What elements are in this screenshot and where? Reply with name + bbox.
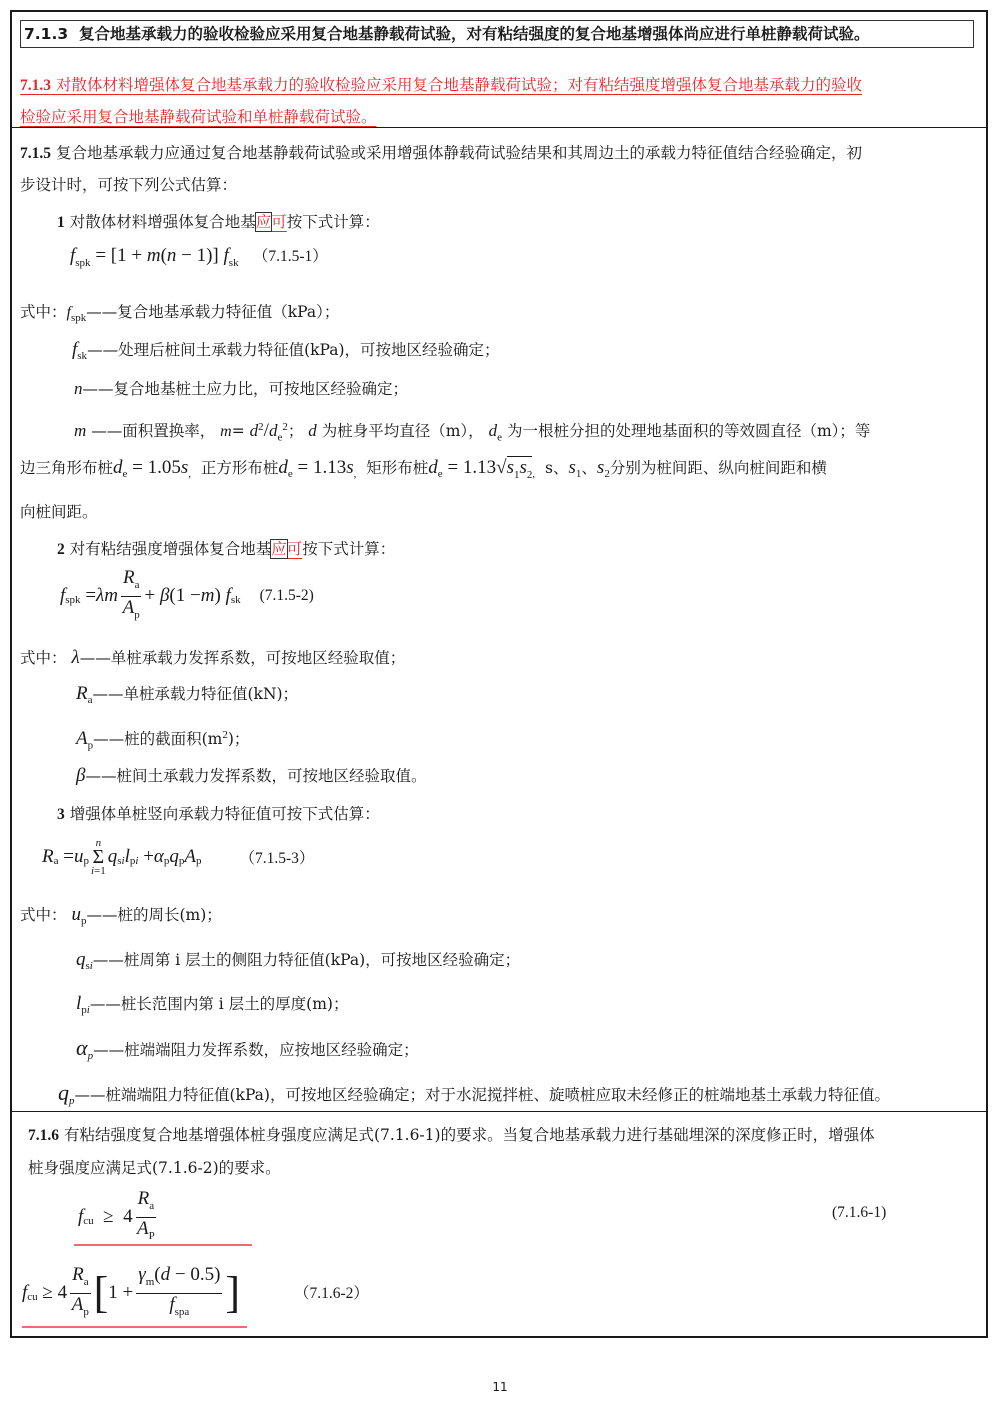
item3-number: 3 (57, 806, 65, 823)
inserted-mark: 可 (271, 213, 287, 231)
where2-Ap: Ap——桩的截面积(m2)； (76, 725, 249, 755)
de-desc: 为一根桩分担的处理地基面积的等效圆直径（m）；等 (507, 422, 870, 440)
where2-beta: β——桩间土承载力发挥系数，可按地区经验取值。 (76, 766, 426, 786)
clause-715-text1: 复合地基承载力应通过复合地基静载荷试验或采用增强体静载荷试验结果和其周边土的承载… (56, 144, 862, 162)
clause-713-revised-line2: 检验应采用复合地基静载荷试验和单桩静载荷试验。 (20, 107, 377, 127)
lpi-desc: ——桩长范围内第 i 层土的厚度(m)； (90, 995, 349, 1013)
formula-7-1-5-3: Ra = up nΣi=1 qsilpi + αpqpAp （7.1.5-3） (42, 838, 314, 876)
s-label: s、 (545, 459, 568, 477)
row-divider-1 (12, 126, 986, 128)
row-divider-2 (12, 1110, 986, 1112)
deleted-mark: 应 (271, 540, 287, 558)
clause-716-line2: 桩身强度应满足式(7.1.6-2)的要求。 (28, 1158, 281, 1178)
item2-text-after: 按下式计算： (302, 540, 395, 558)
clause-715-line1: 7.1.5 复合地基承载力应通过复合地基静载荷试验或采用增强体静载荷试验结果和其… (20, 143, 862, 164)
clause-716-line1: 7.1.6 有粘结强度复合地基增强体桩身强度应满足式(7.1.6-1)的要求。当… (28, 1125, 875, 1146)
clause-713-revised-text1: 对散体材料增强体复合地基承载力的验收检验应采用复合地基静载荷试验；对有粘结强度增… (56, 76, 862, 94)
rect-value: = 1.13 (447, 457, 496, 478)
item1-number: 1 (57, 214, 65, 231)
qsi-desc: ——桩周第 i 层土的侧阻力特征值(kPa)，可按地区经验确定； (93, 951, 520, 969)
formula-number: (7.1.5-2) (260, 587, 314, 605)
where2-Ra: Ra——单桩承载力特征值(kN)； (76, 684, 298, 710)
fsk-desc: ——处理后桩间土承载力特征值(kPa)，可按地区经验确定； (87, 341, 499, 359)
where1-m: m ——面积置换率， m= d2/de2； d 为桩身平均直径（m）， de 为… (74, 417, 870, 447)
m-desc: ——面积置换率， (91, 422, 215, 440)
Ra-desc: ——单桩承载力特征值(kN)； (93, 685, 299, 703)
formula-7-1-6-1: fcu ≥ 4 RaAP (78, 1188, 159, 1247)
where-prefix: 式中： (20, 303, 67, 321)
square-layout: 正方形布桩 (201, 459, 279, 477)
Ap-desc-tail: )； (228, 730, 250, 748)
where3-qp: qp——桩端端阻力特征值(kPa)，可按地区经验确定；对于水泥搅拌桩、旋喷桩应取… (58, 1083, 890, 1111)
d-desc: 为桩身平均直径（m）， (322, 422, 484, 440)
page-number: 11 (0, 1380, 1000, 1394)
item3-heading: 3 增强体单桩竖向承载力特征值可按下式估算： (57, 804, 380, 825)
item3-text: 增强体单桩竖向承载力特征值可按下式估算： (70, 805, 380, 823)
clause-716-number: 7.1.6 (28, 1127, 59, 1144)
square-value: = 1.13 (298, 457, 347, 478)
where1-fsk: fsk——处理后桩间土承载力特征值(kPa)，可按地区经验确定； (72, 340, 500, 366)
formula-number: （7.1.5-1） (253, 248, 328, 265)
triangular-value: = 1.05 (132, 457, 181, 478)
fspk-desc: ——复合地基承载力特征值（kPa）； (86, 303, 339, 321)
where1-fspk: 式中：fspk——复合地基承载力特征值（kPa）； (20, 302, 339, 328)
up-desc: ——桩的周长(m)； (86, 906, 221, 924)
formula-7-1-6-2: fcu ≥ 4 RaAp [ 1 + γm(d − 0.5)fspa ] (22, 1264, 240, 1323)
qp-desc: ——桩端端阻力特征值(kPa)，可按地区经验确定；对于水泥搅拌桩、旋喷桩应取未经… (75, 1086, 890, 1104)
lambda-desc: ——单桩承载力发挥系数，可按地区经验取值； (80, 649, 406, 667)
where3-lpi: lpi——桩长范围内第 i 层土的厚度(m)； (76, 994, 348, 1020)
clause-715-number: 7.1.5 (20, 145, 51, 162)
alpha-desc: ——桩端端阻力发挥系数，应按地区经验确定； (93, 1041, 419, 1059)
item1-text-before: 对散体材料增强体复合地基 (70, 213, 256, 231)
Ap-desc: ——桩的截面积(m (93, 730, 222, 748)
clause-713-revised-number: 7.1.3 (20, 77, 51, 94)
item1-heading: 1 对散体材料增强体复合地基应可按下式计算： (57, 212, 380, 233)
formula-7-1-6-2-number: （7.1.6-2） (294, 1281, 369, 1303)
formula-7-1-6-1-number: (7.1.6-1) (832, 1204, 886, 1222)
beta-desc: ——桩间土承载力发挥系数，可按地区经验取值。 (85, 767, 426, 785)
n-desc: ——复合地基桩土应力比，可按地区经验确定； (83, 380, 409, 398)
where1-de-line2: 边三角形布桩de = 1.05s, 正方形布桩de = 1.13s, 矩形布桩d… (20, 458, 827, 485)
where3-alpha: αp——桩端端阻力发挥系数，应按地区经验确定； (76, 1038, 419, 1066)
where3-up: 式中： up——桩的周长(m)； (20, 905, 222, 931)
clause-716-text1: 有粘结强度复合地基增强体桩身强度应满足式(7.1.6-1)的要求。当复合地基承载… (64, 1126, 875, 1144)
item2-heading: 2 对有粘结强度增强体复合地基应可按下式计算： (57, 539, 395, 560)
where1-line3: 向桩间距。 (20, 502, 98, 522)
where3-qsi: qsi——桩周第 i 层土的侧阻力特征值(kPa)，可按地区经验确定； (76, 950, 520, 976)
item2-number: 2 (57, 541, 65, 558)
rect-layout: 矩形布桩 (366, 459, 428, 477)
formula-7-1-5-2: fspk = λm RaAp + β(1 − m) fsk (7.1.5-2) (60, 567, 314, 626)
deleted-mark: 应 (256, 213, 272, 231)
item1-text-after: 按下式计算： (287, 213, 380, 231)
clause-713-original-number: 7.1.3 (24, 25, 68, 43)
clause-713-original: 7.1.3 复合地基承载力的验收检验应采用复合地基静载荷试验，对有粘结强度的复合… (20, 20, 974, 48)
where2-lambda: 式中： λ——单桩承载力发挥系数，可按地区经验取值； (20, 648, 405, 668)
formula-number: （7.1.5-3） (240, 846, 315, 868)
formula-7-1-6-2-underline (22, 1326, 247, 1328)
where1-n: n——复合地基桩土应力比，可按地区经验确定； (74, 379, 408, 399)
clause-715-line2: 步设计时，可按下列公式估算： (20, 175, 237, 195)
document-table: 7.1.3 复合地基承载力的验收检验应采用复合地基静载荷试验，对有粘结强度的复合… (10, 10, 988, 1338)
formula-7-1-5-1: fspk = [1 + m(n − 1)] fsk （7.1.5-1） (70, 244, 328, 269)
clause-713-revised-line1: 7.1.3 对散体材料增强体复合地基承载力的验收检验应采用复合地基静载荷试验；对… (20, 75, 862, 96)
triangular-layout: 边三角形布桩 (20, 459, 113, 477)
spacing-desc: 分别为桩间距、纵向桩间距和横 (610, 459, 827, 477)
item2-text-before: 对有粘结强度增强体复合地基 (70, 540, 272, 558)
clause-713-original-text: 复合地基承载力的验收检验应采用复合地基静载荷试验，对有粘结强度的复合地基增强体尚… (79, 25, 870, 43)
m-formula-tail: ； (288, 422, 304, 440)
formula-7-1-6-1-underline (74, 1244, 252, 1246)
where-prefix: 式中： (20, 906, 67, 924)
inserted-mark: 可 (287, 540, 303, 558)
where-prefix: 式中： (20, 649, 67, 667)
